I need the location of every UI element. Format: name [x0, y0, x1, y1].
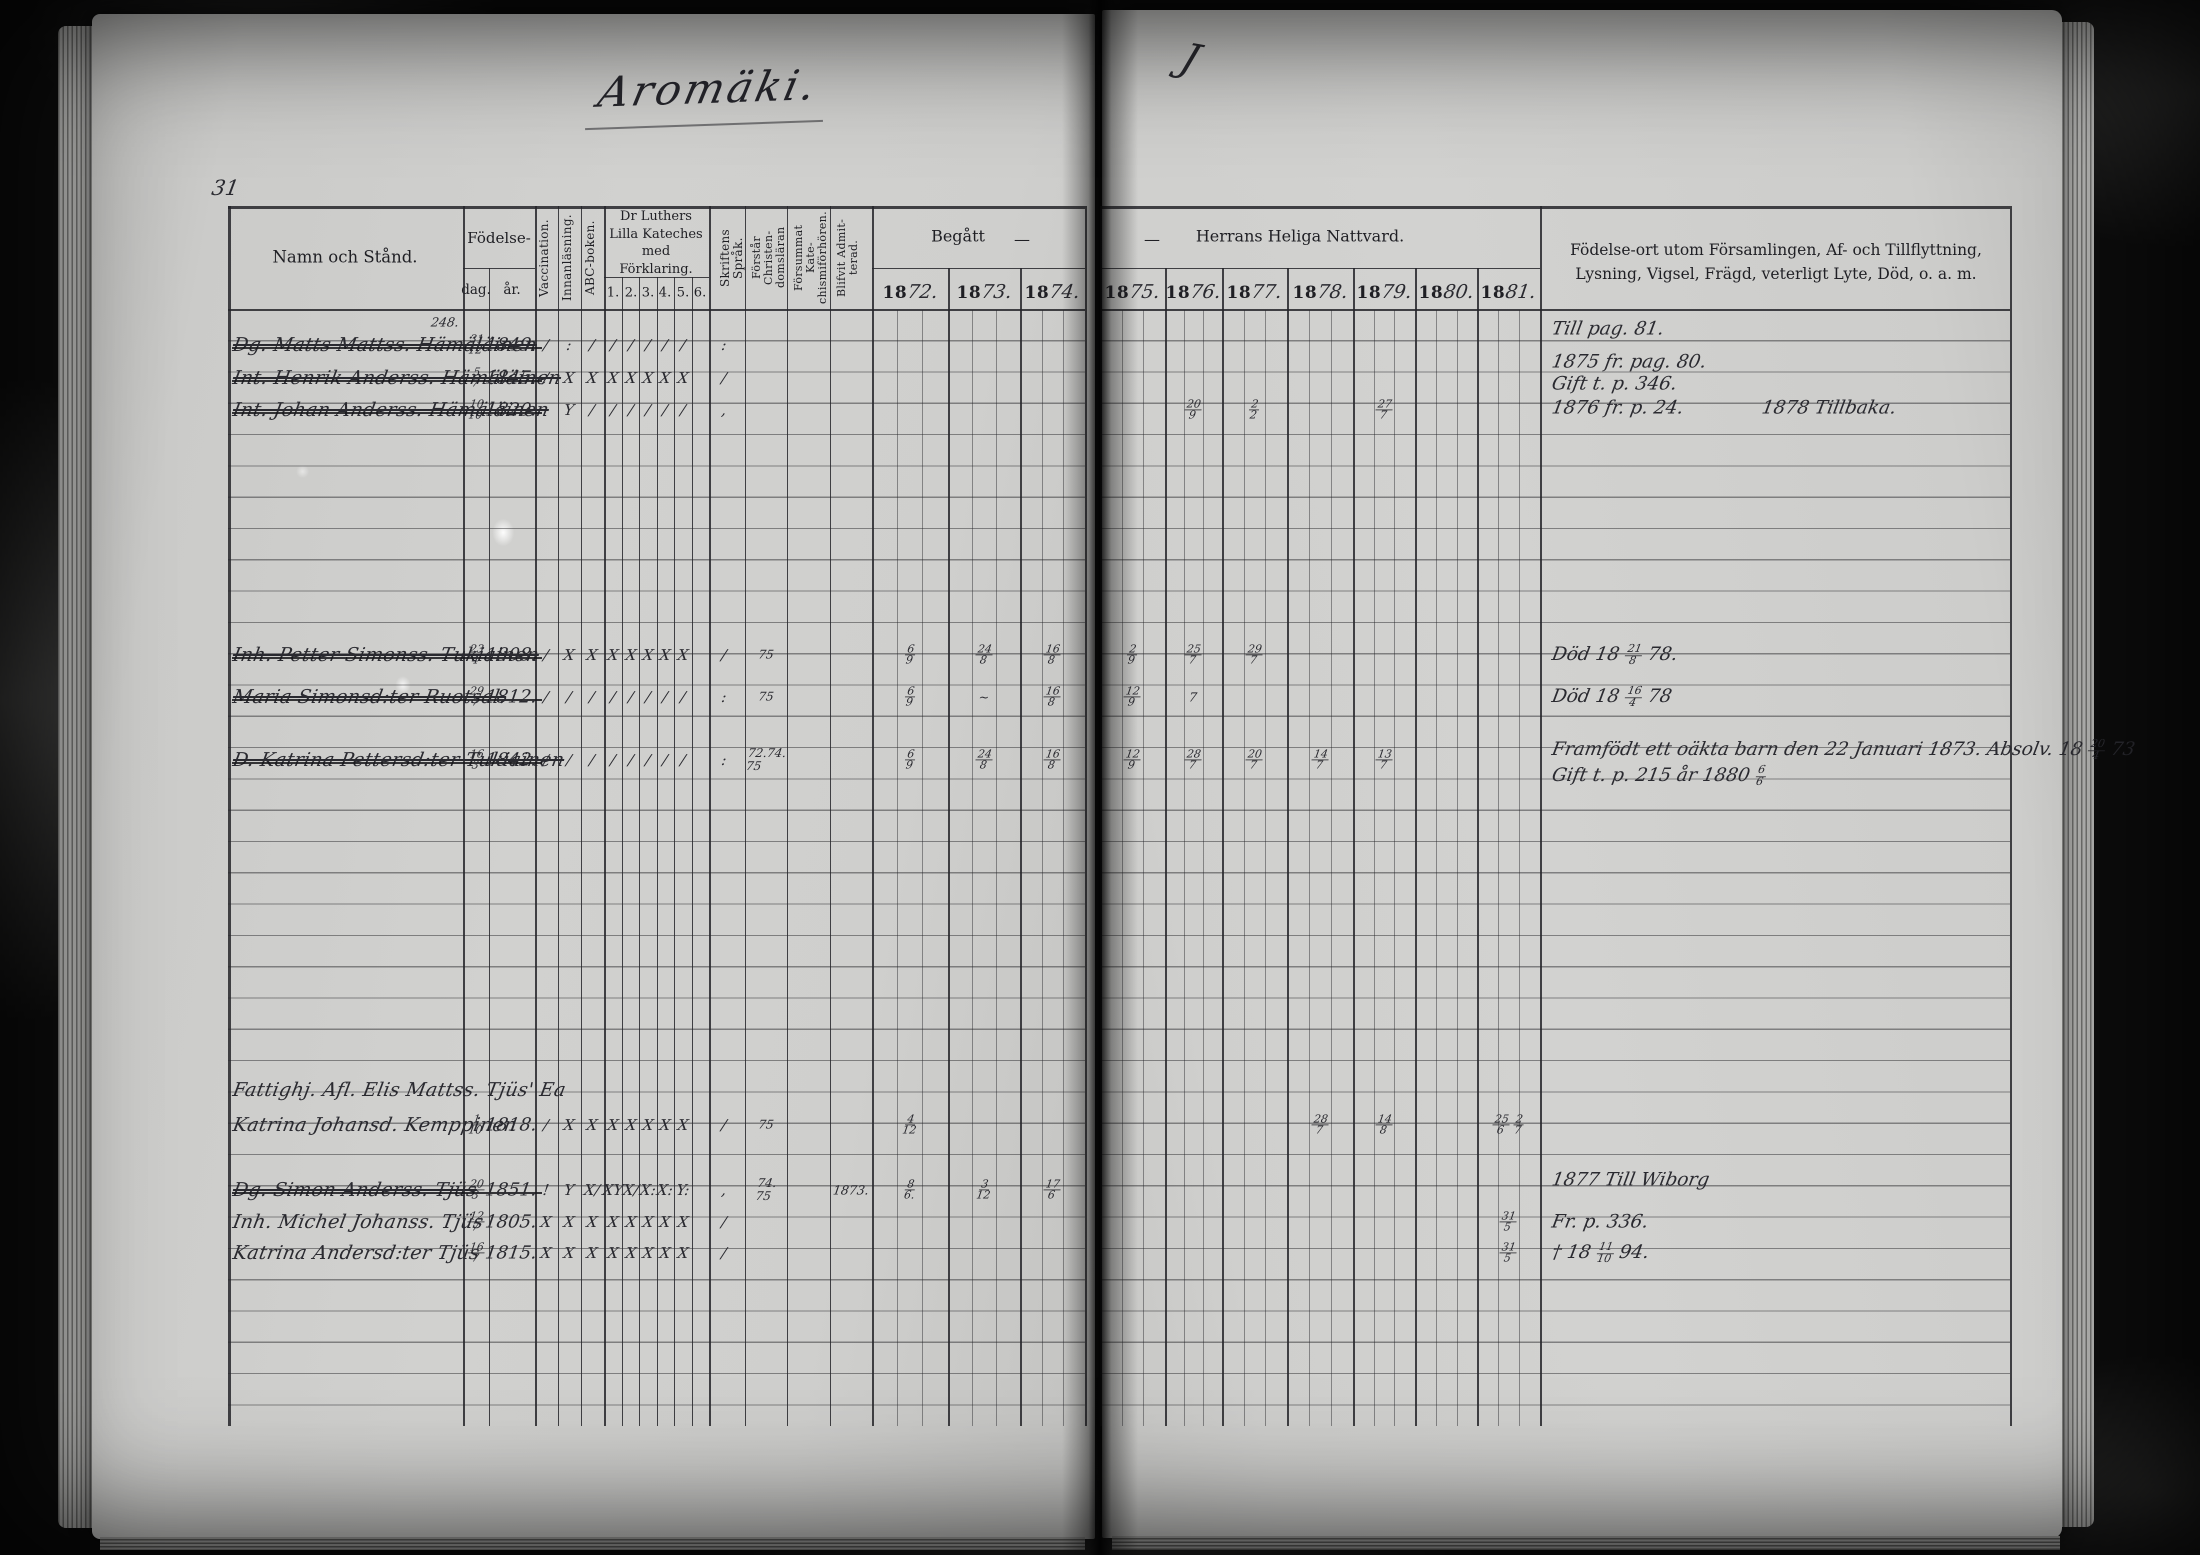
christendom-note: 75	[757, 690, 774, 703]
examination-mark: X	[676, 1244, 689, 1262]
year-column-label: 1875.	[1105, 281, 1160, 303]
margin-note: Gift t. p. 346.	[1550, 374, 1679, 395]
col-header-reading: Innanläsning.	[561, 208, 574, 308]
table-column-line	[1265, 310, 1266, 1426]
birth-year: 1812.	[484, 687, 538, 708]
examination-mark: X	[676, 646, 689, 664]
examination-mark: X	[676, 1213, 689, 1231]
col-header-christendom: Förstår Christen- domsläran	[751, 208, 783, 307]
table-column-line	[745, 206, 746, 1426]
col-header-script-language: Skriftens Språk.	[719, 208, 745, 308]
examination-mark: X	[585, 369, 598, 387]
table-column-line	[558, 206, 559, 1426]
table-column-line	[639, 277, 640, 1426]
table-column-line	[1394, 310, 1395, 1426]
table-column-line	[1287, 268, 1289, 1426]
table-column-line	[581, 206, 582, 1426]
table-column-line	[787, 206, 788, 1426]
birth-year: 1845.	[484, 368, 538, 389]
person-name: Katrina Andersd:ter Tjüs	[231, 1242, 481, 1264]
birth-day: 3112	[466, 334, 486, 355]
margin-note: 1877 Till Wiborg	[1550, 1170, 1711, 1191]
birth-day: 1010	[466, 399, 486, 420]
col-header-birth-day: dag.	[461, 282, 491, 298]
examination-mark: X	[676, 369, 689, 387]
table-column-line	[1222, 268, 1224, 1426]
margin-note: † 18 1110 94.	[1550, 1242, 1651, 1264]
col-header-birth: Födelse-	[467, 229, 531, 247]
table-column-line	[972, 310, 973, 1426]
examination-mark: X	[562, 1244, 575, 1262]
communion-date: 168	[1042, 644, 1062, 665]
col-header-vaccination: Vaccination.	[538, 208, 551, 308]
col-header-communion-begatt: Begått	[931, 227, 985, 246]
communion-date: 287	[1310, 1114, 1330, 1135]
examination-mark: X	[624, 646, 637, 664]
margin-note: 1876 fr. p. 24.	[1550, 398, 1685, 419]
birth-year: 1805.	[484, 1212, 538, 1233]
examination-mark: X	[641, 1244, 654, 1262]
year-column-label: 1877.	[1227, 281, 1282, 303]
margin-note: Framfödt ett oäkta barn den 22 Januari 1…	[1550, 739, 2137, 761]
communion-date: 25627	[1491, 1114, 1525, 1135]
examination-mark: X/	[583, 1181, 601, 1199]
catechism-col-4: 4.	[659, 286, 671, 301]
table-column-line	[1436, 310, 1437, 1426]
household-number: 248.	[430, 315, 460, 330]
table-column-line	[1203, 310, 1204, 1426]
table-column-line	[948, 268, 950, 1426]
communion-date: 312	[976, 1179, 993, 1200]
communion-date: 277	[1374, 399, 1394, 420]
examination-mark: X	[562, 646, 575, 664]
col-header-communion-nattvard: Herrans Heliga Nattvard.	[1196, 227, 1404, 246]
village-title-handwritten: Aromäki.	[594, 60, 823, 117]
table-column-line	[1519, 310, 1520, 1426]
margin-note: 1875 fr. pag. 80.	[1550, 352, 1708, 373]
table-column-line	[692, 277, 693, 1426]
communion-date: 129	[1122, 749, 1142, 770]
table-column-line	[1063, 310, 1064, 1426]
table-row-line	[872, 268, 1085, 269]
communion-date: 248	[974, 749, 994, 770]
table-column-line	[622, 277, 623, 1426]
table-column-line	[1244, 310, 1245, 1426]
table-column-line	[228, 206, 231, 1426]
table-column-line	[674, 277, 675, 1426]
col-header-notes: Födelse-ort utom Församlingen, Af- och T…	[1550, 238, 2002, 286]
birth-day: 234	[466, 644, 486, 665]
examination-mark: X	[658, 1213, 671, 1231]
communion-date: 168	[1042, 686, 1062, 707]
table-column-line	[1085, 206, 1087, 1426]
admitted-year: 1873.	[832, 1183, 870, 1198]
catechism-col-3: 3.	[642, 286, 654, 301]
examination-mark: X/	[622, 1181, 640, 1199]
person-name: Dg. Simon Anderss. Tjüs	[231, 1179, 479, 1201]
communion-date: 248	[974, 644, 994, 665]
year-column-label: 1881.	[1481, 281, 1536, 303]
examination-mark: X	[585, 1116, 598, 1134]
margin-note: Gift t. p. 215 år 1880 66	[1550, 765, 1767, 787]
examination-mark: X	[641, 646, 654, 664]
catechism-col-6: 6.	[694, 286, 706, 301]
year-column-label: 1874.	[1025, 281, 1080, 303]
examination-mark: X	[606, 1244, 619, 1262]
birth-day: 127	[466, 1211, 486, 1232]
examination-mark: X	[676, 1116, 689, 1134]
birth-day: 203	[466, 1179, 486, 1200]
col-header-name: Namn och Stånd.	[272, 248, 417, 267]
examination-mark: X	[641, 1116, 654, 1134]
table-row-line	[463, 268, 535, 269]
margin-note: Till pag. 81.	[1550, 319, 1666, 340]
communion-date: 137	[1374, 749, 1394, 770]
christendom-note: 75	[757, 648, 774, 661]
table-column-line	[897, 310, 898, 1426]
table-row-line	[1100, 206, 2010, 209]
col-header-admitted: Blifvit Admit- terad.	[836, 208, 868, 307]
examination-mark: X	[606, 369, 619, 387]
table-column-line	[1122, 310, 1123, 1426]
table-column-line	[872, 206, 874, 1426]
examination-mark: X	[606, 1213, 619, 1231]
examination-mark: X	[606, 1116, 619, 1134]
page-number: 31	[210, 176, 241, 200]
year-column-label: 1873.	[957, 281, 1012, 303]
examination-mark: X	[606, 646, 619, 664]
birth-year: 1820.	[484, 400, 538, 421]
margin-note: Död 18 164 78	[1550, 686, 1673, 708]
examination-mark: X	[641, 1213, 654, 1231]
table-column-line	[709, 206, 711, 1426]
birth-day: 167	[466, 1242, 486, 1263]
table-column-line	[1165, 268, 1167, 1426]
margin-note: Fr. p. 336.	[1550, 1212, 1650, 1233]
table-column-line	[1415, 268, 1417, 1426]
table-column-line	[1100, 206, 1102, 1426]
examination-mark: X	[585, 646, 598, 664]
year-column-label: 1879.	[1357, 281, 1412, 303]
examination-mark: X	[658, 1244, 671, 1262]
examination-mark: X	[585, 1244, 598, 1262]
table-column-line	[1042, 310, 1043, 1426]
communion-date: 207	[1244, 749, 1264, 770]
examination-mark: X:	[656, 1181, 674, 1199]
examination-mark: Y:	[675, 1181, 691, 1199]
communion-date: 297	[1244, 644, 1264, 665]
communion-date: 176	[1042, 1179, 1062, 1200]
col-header-birth-year: år.	[503, 282, 520, 298]
col-header-missed-catechism: Försummat Kate- chismiförhören.	[793, 208, 825, 307]
examination-mark: X	[624, 369, 637, 387]
birth-day: 163	[466, 749, 486, 770]
table-row-line	[1100, 268, 1540, 269]
examination-mark: X	[585, 1213, 598, 1231]
table-column-line	[1331, 310, 1332, 1426]
margin-note: 1878 Tillbaka.	[1760, 398, 1898, 419]
table-row-line	[228, 309, 1085, 311]
examination-mark: X	[624, 1116, 637, 1134]
examination-mark: X	[624, 1244, 637, 1262]
table-column-line	[1353, 268, 1355, 1426]
year-column-label: 1872.	[883, 281, 938, 303]
communion-date: ~	[978, 690, 991, 705]
catechism-col-5: 5.	[677, 286, 689, 301]
communion-date: 315	[1498, 1242, 1518, 1263]
communion-date: 168	[1042, 749, 1062, 770]
col-header-abc-book: ABC-boken.	[584, 208, 597, 308]
person-name: Fattighj. Afl. Elis Mattss. Tjüs' Ea	[231, 1079, 568, 1101]
examination-mark: X	[641, 369, 654, 387]
birth-day: 110	[468, 1114, 485, 1135]
scanned-book-photo: Aromäki. 31 J Namn och Stånd. Födelse- d…	[0, 0, 2200, 1555]
communion-date: 209	[1183, 399, 1203, 420]
communion-date: 287	[1183, 749, 1203, 770]
birth-day: 297	[466, 686, 486, 707]
table-row-line	[228, 206, 1085, 209]
communion-date: 412	[902, 1114, 919, 1135]
examination-mark: X	[562, 369, 575, 387]
communion-date: 315	[1498, 1211, 1518, 1232]
table-column-line	[1184, 310, 1185, 1426]
catechism-col-1: 1.	[607, 286, 619, 301]
communion-dash-1: —	[1014, 230, 1030, 249]
birth-year: 1851.	[484, 1180, 538, 1201]
communion-date: 148	[1374, 1114, 1394, 1135]
examination-mark: X	[562, 1213, 575, 1231]
table-column-line	[830, 206, 831, 1426]
year-column-label: 1876.	[1166, 281, 1221, 303]
birth-year: 1815.	[484, 1243, 538, 1264]
christendom-note: 72.74.75	[745, 747, 787, 773]
table-row-line	[1100, 309, 2010, 311]
table-column-line	[604, 206, 606, 1426]
table-column-line	[1457, 310, 1458, 1426]
register-table: Namn och Stånd. Födelse- dag. år. Vaccin…	[0, 0, 2200, 1555]
table-column-line	[1309, 310, 1310, 1426]
catechism-col-2: 2.	[625, 286, 637, 301]
christendom-note: 75	[757, 1118, 774, 1131]
examination-mark: X	[658, 646, 671, 664]
margin-note: Död 18 218 78.	[1550, 644, 1679, 666]
table-column-line	[657, 277, 658, 1426]
communion-date: 257	[1183, 644, 1203, 665]
year-column-label: 1880.	[1419, 281, 1474, 303]
examination-mark: X	[562, 1116, 575, 1134]
table-column-line	[1477, 268, 1479, 1426]
examination-mark: X	[624, 1213, 637, 1231]
col-header-catechism: Dr Luthers Lilla Kateches med Förklaring…	[604, 208, 708, 278]
table-column-line	[1374, 310, 1375, 1426]
table-column-line	[1020, 268, 1022, 1426]
communion-date: 129	[1122, 686, 1142, 707]
table-column-line	[922, 310, 923, 1426]
table-column-line	[1540, 206, 1542, 1426]
birth-year: 1808.	[484, 645, 538, 666]
birth-year: 1818.	[484, 1115, 538, 1136]
table-column-line	[2010, 206, 2012, 1426]
communion-date: 147	[1310, 749, 1330, 770]
examination-mark: X	[658, 1116, 671, 1134]
table-column-line	[1143, 310, 1144, 1426]
birth-year: 1849.	[484, 335, 538, 356]
examination-mark: X	[539, 1213, 552, 1231]
examination-mark: X	[658, 369, 671, 387]
examination-mark: X	[539, 1244, 552, 1262]
table-column-line	[996, 310, 997, 1426]
year-column-label: 1878.	[1293, 281, 1348, 303]
table-row-line	[604, 277, 709, 278]
christendom-note: 74.75	[755, 1177, 778, 1203]
birth-year: 1842.	[484, 750, 538, 771]
examination-mark: XY	[601, 1181, 624, 1199]
examination-mark: X:	[639, 1181, 657, 1199]
person-name: Inh. Michel Johanss. Tjüs	[231, 1211, 485, 1233]
communion-dash-2: —	[1144, 230, 1160, 249]
